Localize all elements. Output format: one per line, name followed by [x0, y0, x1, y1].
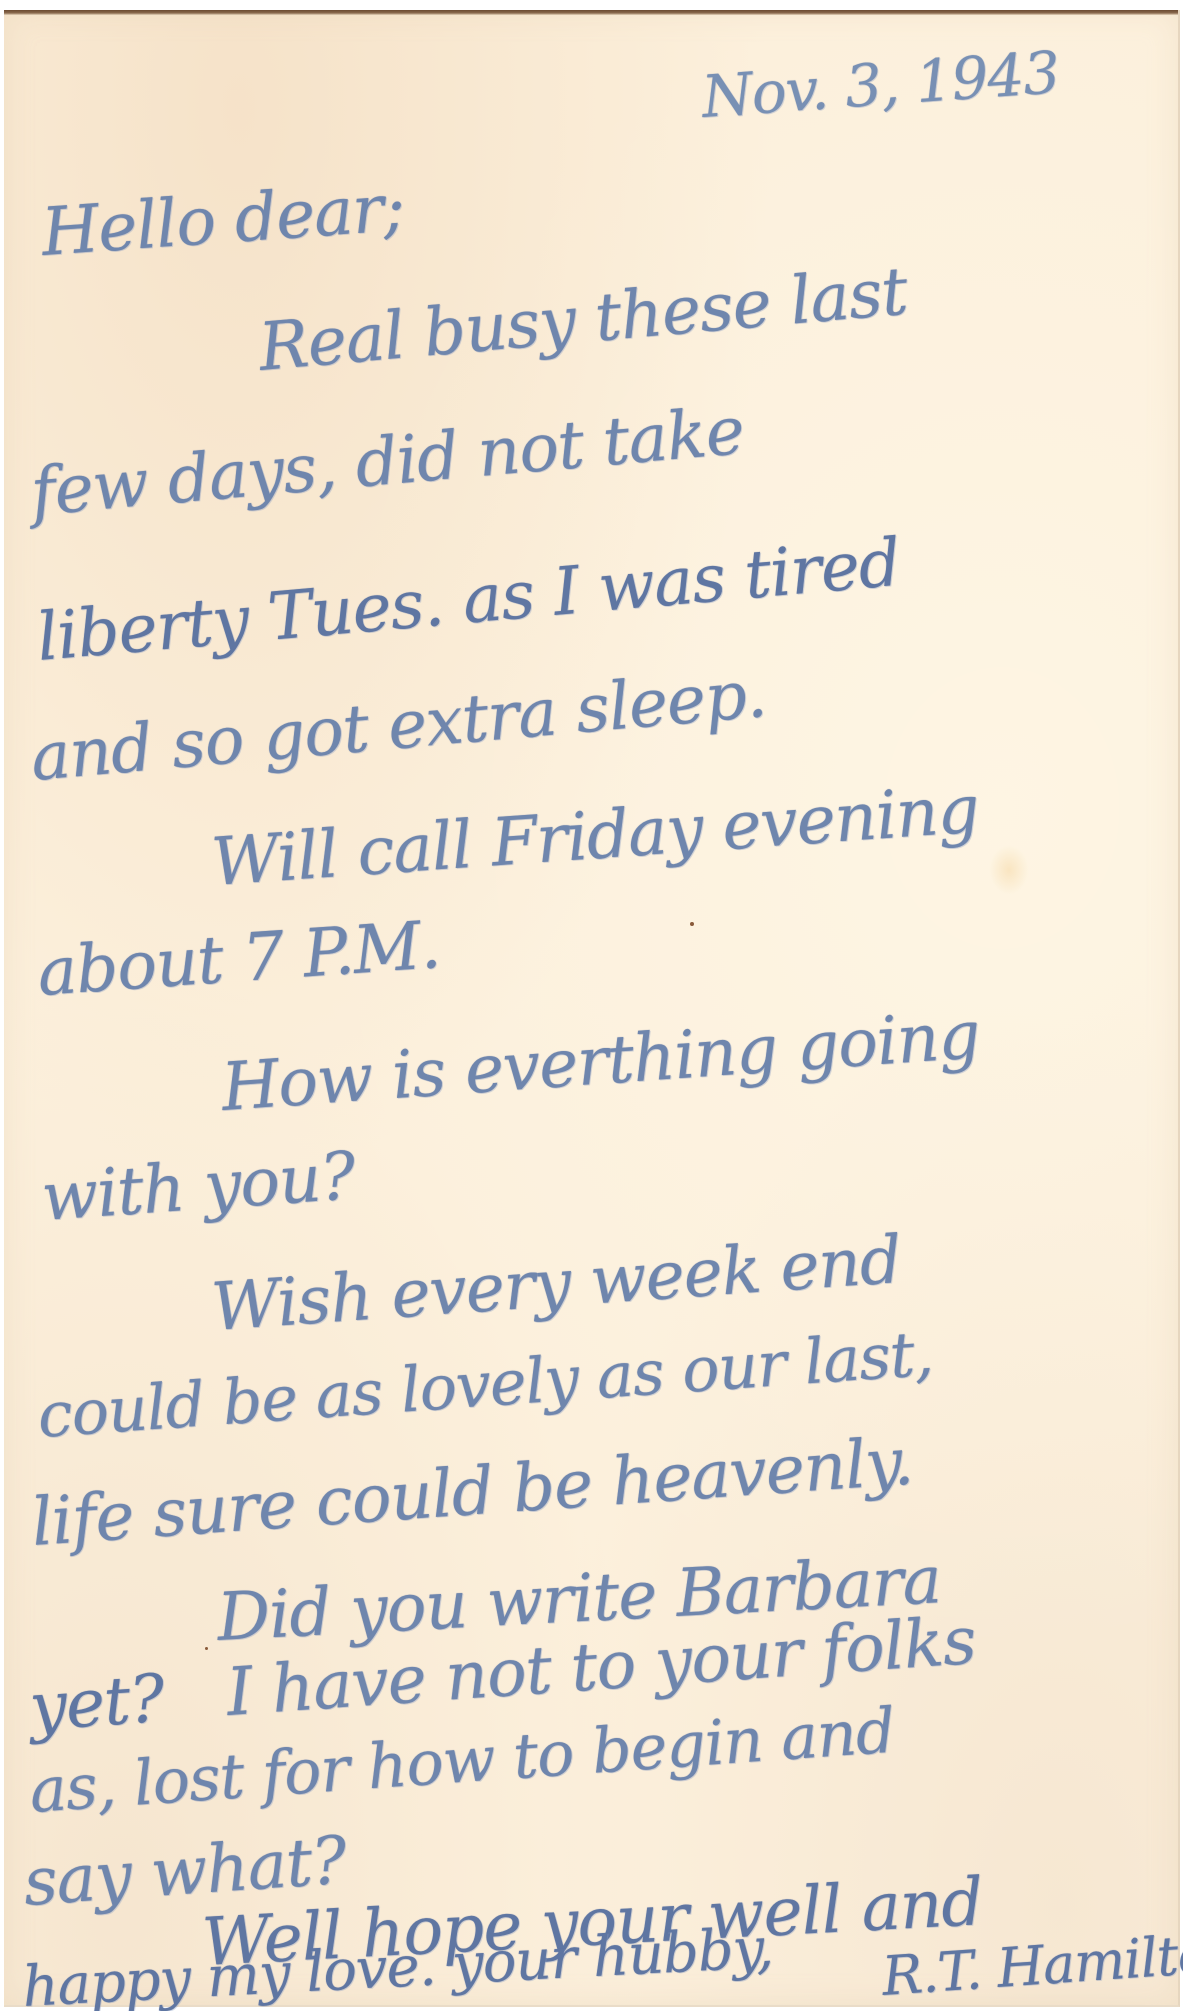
- letter-line: How is everthing going: [219, 1002, 981, 1121]
- letter-line: liberty Tues. as I was tired: [34, 530, 902, 671]
- letter-line: Wish every week end: [209, 1227, 903, 1341]
- letter-line: about 7 P.M.: [35, 912, 442, 1006]
- letter-salutation: Hello dear;: [39, 175, 406, 266]
- letter-date: Nov. 3, 1943: [700, 43, 1061, 126]
- letter-line: Will call Friday evening: [209, 777, 980, 896]
- paper-top-edge: [4, 10, 1178, 15]
- letter-line: could be as lovely as our last,: [36, 1323, 935, 1447]
- letter-line: with you?: [39, 1143, 356, 1231]
- letter-line: and so got extra sleep.: [28, 661, 768, 791]
- paper-speck: [205, 1647, 208, 1650]
- paper-stain: [989, 845, 1029, 895]
- letter-line: few days, did not take: [28, 398, 746, 526]
- paper-speck: [690, 922, 694, 926]
- letter-page: Nov. 3, 1943 Hello dear; Real busy these…: [4, 10, 1180, 2007]
- letter-line: happy my love. your hubby,: [21, 1921, 774, 2011]
- letter-line: yet?: [27, 1666, 166, 1741]
- letter-line: life sure could be heavenly.: [29, 1429, 914, 1556]
- letter-line: Real busy these last: [256, 259, 909, 381]
